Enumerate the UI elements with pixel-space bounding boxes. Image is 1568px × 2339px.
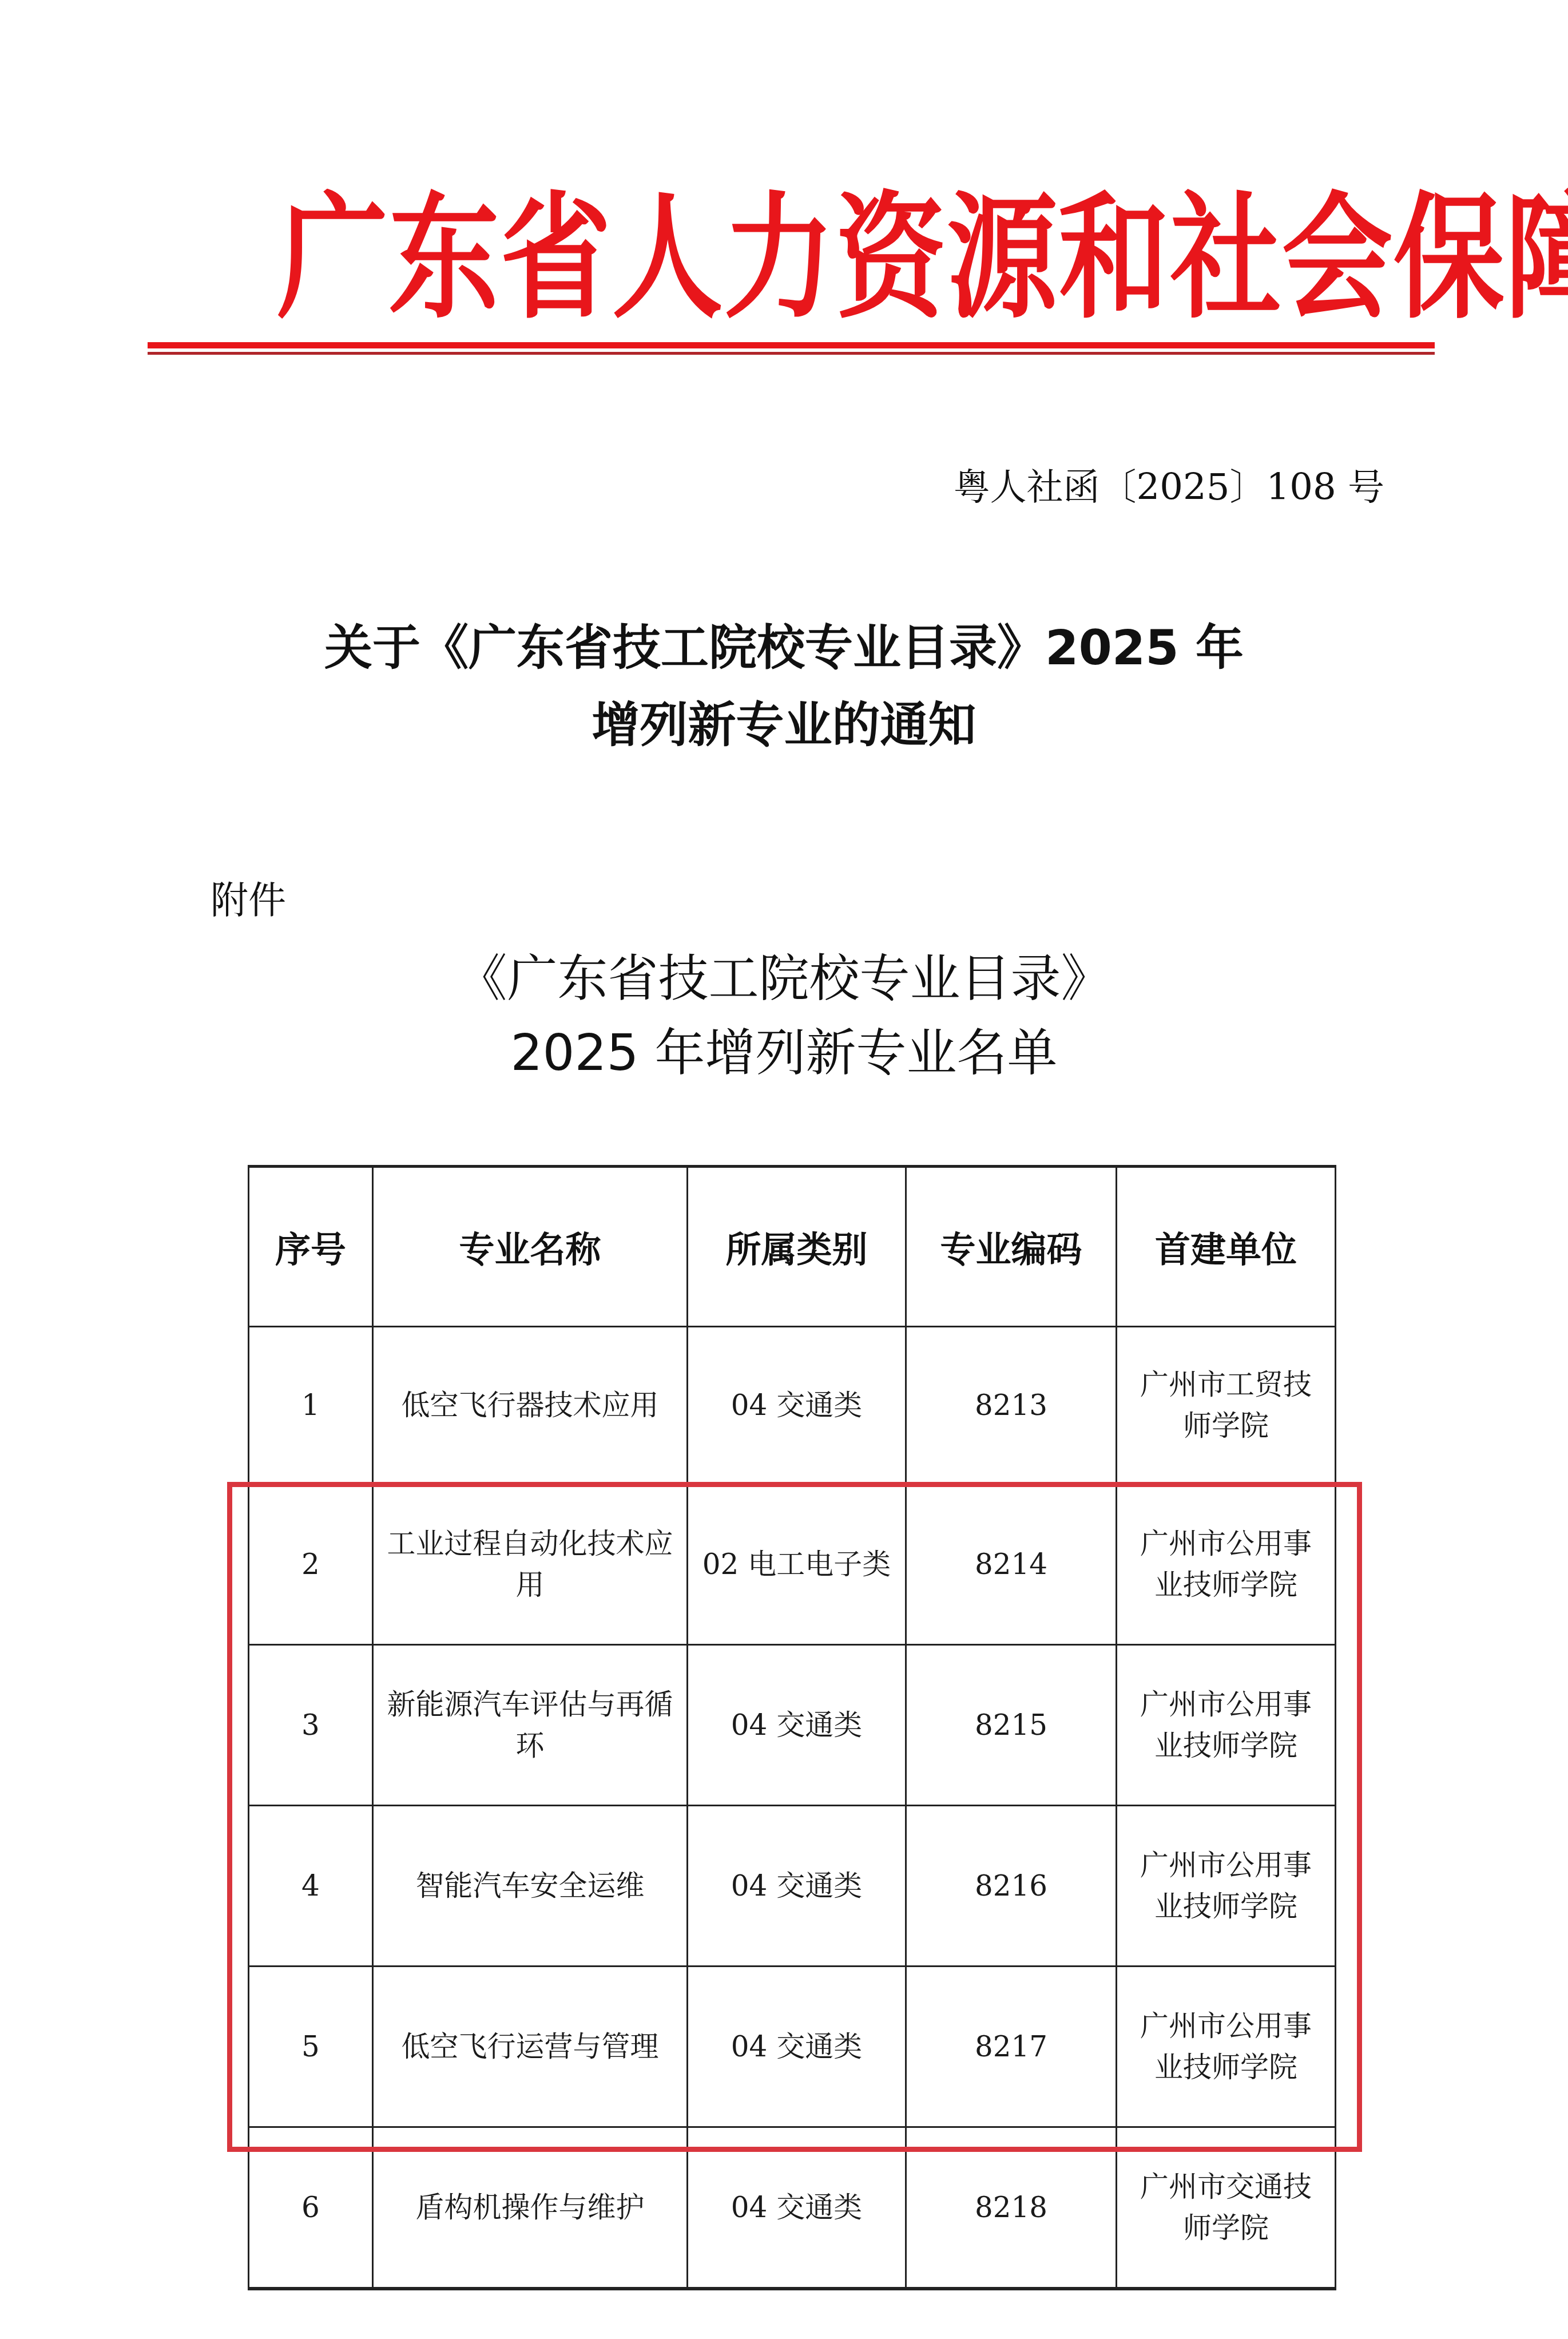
list-title-line2: 2025 年增列新专业名单 (0, 1013, 1568, 1085)
table-row: 5 低空飞行运营与管理 04 交通类 8217 广州市公用事业技师学院 (249, 1967, 1336, 2127)
table-row: 3 新能源汽车评估与再循环 04 交通类 8215 广州市公用事业技师学院 (249, 1645, 1336, 1806)
cell-name: 智能汽车安全运维 (373, 1806, 688, 1967)
table-row: 1 低空飞行器技术应用 04 交通类 8213 广州市工贸技师学院 (249, 1327, 1336, 1484)
cell-no: 2 (249, 1484, 373, 1645)
cell-code: 8215 (906, 1645, 1117, 1806)
cell-no: 1 (249, 1327, 373, 1484)
cell-institution: 广州市公用事业技师学院 (1117, 1645, 1336, 1806)
table-row: 2 工业过程自动化技术应用 02 电工电子类 8214 广州市公用事业技师学院 (249, 1484, 1336, 1645)
column-header-no: 序号 (249, 1167, 373, 1327)
cell-name: 低空飞行运营与管理 (373, 1967, 688, 2127)
cell-category: 04 交通类 (688, 1806, 906, 1967)
new-majors-table: 序号 专业名称 所属类别 专业编码 首建单位 1 低空飞行器技术应用 04 交通… (248, 1165, 1336, 2290)
masthead-rule-thick (148, 342, 1435, 348)
cell-code: 8214 (906, 1484, 1117, 1645)
cell-institution: 广州市公用事业技师学院 (1117, 1806, 1336, 1967)
cell-code: 8216 (906, 1806, 1117, 1967)
cell-category: 04 交通类 (688, 2127, 906, 2289)
cell-no: 6 (249, 2127, 373, 2289)
cell-category: 04 交通类 (688, 1645, 906, 1806)
column-header-name: 专业名称 (373, 1167, 688, 1327)
cell-institution: 广州市工贸技师学院 (1117, 1327, 1336, 1484)
cell-code: 8213 (906, 1327, 1117, 1484)
attachment-label: 附件 (211, 870, 286, 924)
column-header-code: 专业编码 (906, 1167, 1117, 1327)
cell-institution: 广州市公用事业技师学院 (1117, 1967, 1336, 2127)
cell-code: 8218 (906, 2127, 1117, 2289)
cell-category: 04 交通类 (688, 1327, 906, 1484)
notice-title-line1: 关于《广东省技工院校专业目录》2025 年 (0, 609, 1568, 679)
cell-category: 04 交通类 (688, 1967, 906, 2127)
cell-no: 3 (249, 1645, 373, 1806)
cell-name: 低空飞行器技术应用 (373, 1327, 688, 1484)
cell-name: 工业过程自动化技术应用 (373, 1484, 688, 1645)
list-title-line1: 《广东省技工院校专业目录》 (0, 938, 1568, 1010)
cell-institution: 广州市交通技师学院 (1117, 2127, 1336, 2289)
cell-no: 5 (249, 1967, 373, 2127)
table-header-row: 序号 专业名称 所属类别 专业编码 首建单位 (249, 1167, 1336, 1327)
cell-no: 4 (249, 1806, 373, 1967)
table-row: 4 智能汽车安全运维 04 交通类 8216 广州市公用事业技师学院 (249, 1806, 1336, 1967)
table-row: 6 盾构机操作与维护 04 交通类 8218 广州市交通技师学院 (249, 2127, 1336, 2289)
cell-category: 02 电工电子类 (688, 1484, 906, 1645)
masthead-rule-thin (148, 352, 1435, 355)
column-header-category: 所属类别 (688, 1167, 906, 1327)
document-number: 粤人社函〔2025〕108 号 (915, 458, 1384, 510)
cell-code: 8217 (906, 1967, 1117, 2127)
cell-institution: 广州市公用事业技师学院 (1117, 1484, 1336, 1645)
cell-name: 新能源汽车评估与再循环 (373, 1645, 688, 1806)
column-header-institution: 首建单位 (1117, 1167, 1336, 1327)
cell-name: 盾构机操作与维护 (373, 2127, 688, 2289)
agency-masthead: 广东省人力资源和社会保障厅 (277, 189, 1290, 326)
notice-title-line2: 增列新专业的通知 (0, 687, 1568, 756)
